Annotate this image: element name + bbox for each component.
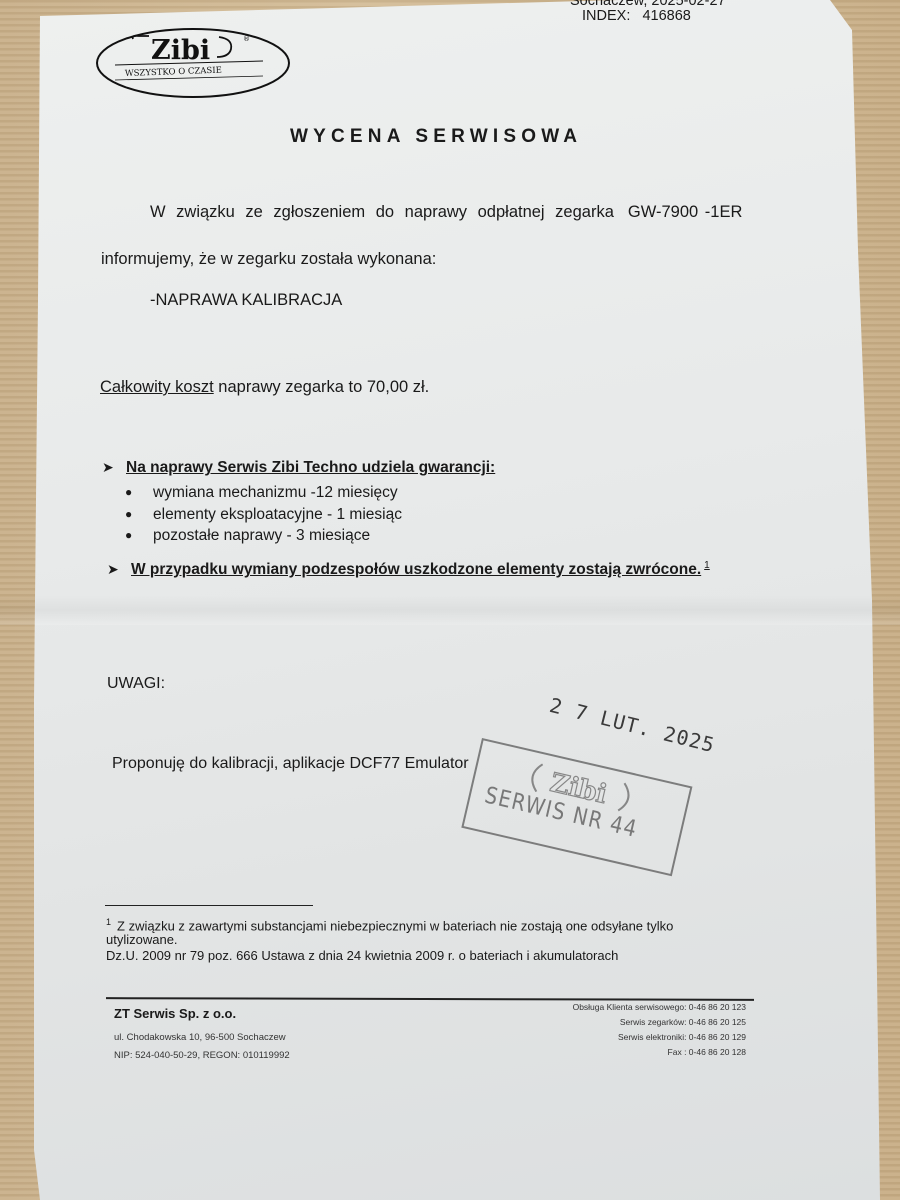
warranty-heading-text: Na naprawy Serwis Zibi Techno udziela gw… (126, 459, 495, 476)
bullet-icon: ● (125, 482, 153, 504)
intro-line: W związku ze zgłoszeniem do naprawy odpł… (150, 203, 742, 222)
cost-text: naprawy zegarka to 70,00 zł. (218, 378, 429, 396)
contact-item: Fax : 0-46 86 20 128 (560, 1045, 746, 1060)
cost-line: Całkowity koszt naprawy zegarka to 70,00… (100, 378, 429, 397)
document-title: WYCENA SERWISOWA (290, 126, 582, 148)
paper-fold (0, 595, 900, 625)
contact-list: Obsługa Klienta serwisowego: 0-46 86 20 … (560, 1000, 746, 1060)
index-value: 416868 (642, 8, 690, 24)
arrow-bullet-icon: ➤ (102, 459, 126, 476)
intro-text: W związku ze zgłoszeniem do naprawy odpł… (150, 203, 614, 221)
performed-intro: informujemy, że w zegarku została wykona… (101, 250, 436, 269)
returned-notice-text: W przypadku wymiany podzespołów uszkodzo… (131, 561, 701, 578)
contact-item: Obsługa Klienta serwisowego: 0-46 86 20 … (560, 1000, 746, 1015)
header-meta: Sochaczew, 2025-02-27 INDEX: 416868 (570, 0, 726, 24)
cost-label: Całkowity koszt (100, 378, 214, 396)
contact-item: Serwis elektroniki: 0-46 86 20 129 (560, 1030, 746, 1045)
footnote-line-1: 1Z związku z zawartymi substancjami nieb… (106, 914, 673, 934)
performed-item: -NAPRAWA KALIBRACJA (150, 291, 342, 310)
returned-notice: ➤W przypadku wymiany podzespołów uszkodz… (107, 560, 710, 579)
logo-emblem-icon: Zibi ® WSZYSTKO O CZASIE (95, 25, 291, 100)
company-ids: NIP: 524-040-50-29, REGON: 010119992 (114, 1050, 290, 1061)
footnote-divider (105, 905, 313, 906)
bullet-icon: ● (125, 525, 153, 547)
warranty-item: ●pozostałe naprawy - 3 miesiące (125, 525, 402, 547)
arrow-bullet-icon: ➤ (107, 561, 131, 578)
index-line: INDEX: 416868 (570, 9, 726, 24)
footnote-ref: 1 (704, 560, 710, 571)
svg-text:®: ® (243, 35, 250, 43)
footnote-line-3: Dz.U. 2009 nr 79 poz. 666 Ustawa z dnia … (106, 948, 618, 963)
svg-text:Zibi: Zibi (151, 35, 210, 66)
index-label: INDEX: (582, 8, 630, 24)
zibi-logo: Zibi ® WSZYSTKO O CZASIE (95, 25, 291, 100)
watch-model: GW-7900 -1ER (628, 203, 743, 221)
remarks-label: UWAGI: (107, 675, 165, 693)
warranty-item: ●elementy eksploatacyjne - 1 miesiąc (125, 504, 402, 526)
warranty-heading: ➤Na naprawy Serwis Zibi Techno udziela g… (102, 459, 495, 477)
warranty-item: ●wymiana mechanizmu -12 miesięcy (125, 482, 402, 504)
footnote-line-2: utylizowane. (106, 932, 178, 947)
contact-item: Serwis zegarków: 0-46 86 20 125 (560, 1015, 746, 1030)
warranty-list: ●wymiana mechanizmu -12 miesięcy ●elemen… (125, 482, 402, 547)
company-name: ZT Serwis Sp. z o.o. (114, 1006, 236, 1021)
company-address: ul. Chodakowska 10, 96-500 Sochaczew (114, 1032, 286, 1043)
svg-text:WSZYSTKO O CZASIE: WSZYSTKO O CZASIE (125, 66, 222, 79)
bullet-icon: ● (125, 504, 153, 526)
remarks-text: Proponuję do kalibracji, aplikacje DCF77… (112, 755, 469, 773)
